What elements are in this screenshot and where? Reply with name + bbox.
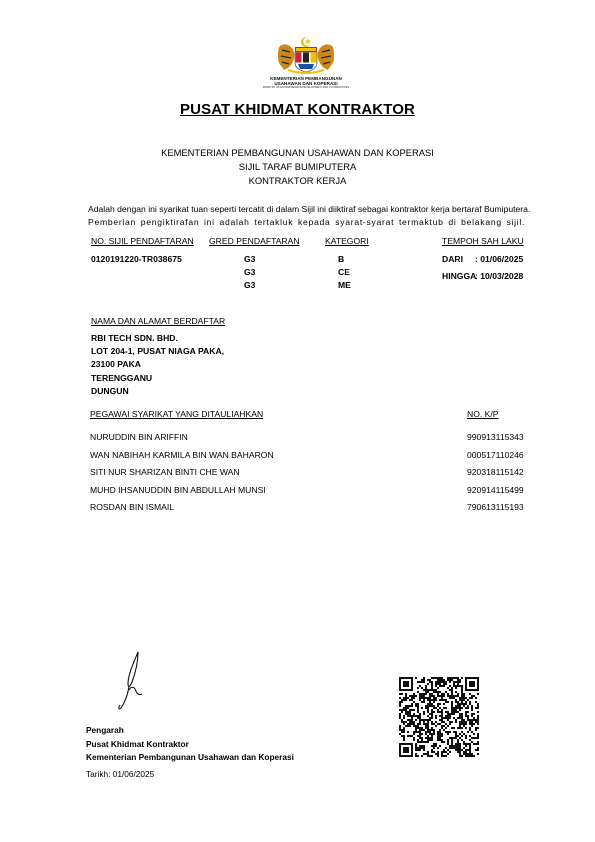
company-address-line: LOT 204-1, PUSAT NIAGA PAKA, bbox=[91, 346, 224, 356]
validity-to-label: HINGGA bbox=[442, 271, 476, 281]
signatory-department: Pusat Khidmat Kontraktor bbox=[86, 738, 294, 752]
officer-ic: 000517110246 bbox=[467, 450, 524, 460]
officers-header: PEGAWAI SYARIKAT YANG DITAULIAHKAN bbox=[90, 409, 263, 419]
category-value: CE bbox=[338, 267, 350, 277]
officer-name: WAN NABIHAH KARMILA BIN WAN BAHARON bbox=[90, 450, 274, 460]
header-gred: GRED PENDAFTARAN bbox=[209, 236, 300, 246]
intro-line-1: Adalah dengan ini syarikat tuan seperti … bbox=[88, 204, 530, 214]
validity-from-date: : 01/06/2025 bbox=[475, 254, 523, 264]
company-name: RBI TECH SDN. BHD. bbox=[91, 333, 178, 343]
header-no-sijil: NO. SIJIL PENDAFTARAN bbox=[91, 236, 194, 246]
certificate-type: SIJIL TARAF BUMIPUTERA bbox=[0, 161, 595, 172]
category-value: B bbox=[338, 254, 344, 264]
qr-code-icon bbox=[399, 677, 481, 757]
officer-ic: 790613115193 bbox=[467, 502, 524, 512]
officer-name: ROSDAN BIN ISMAIL bbox=[90, 502, 174, 512]
validity-from-label: DARI bbox=[442, 254, 463, 264]
signatory-block: Pengarah Pusat Khidmat Kontraktor Kement… bbox=[86, 724, 294, 779]
grade-value: G3 bbox=[244, 267, 255, 277]
category-value: ME bbox=[338, 280, 351, 290]
ministry-name: KEMENTERIAN PEMBANGUNAN USAHAWAN DAN KOP… bbox=[0, 147, 595, 158]
signatory-ministry: Kementerian Pembangunan Usahawan dan Kop… bbox=[86, 751, 294, 765]
officer-ic: 990913115343 bbox=[467, 432, 524, 442]
signatory-title: Pengarah bbox=[86, 724, 294, 738]
grade-value: G3 bbox=[244, 280, 255, 290]
officer-name: NURUDDIN BIN ARIFFIN bbox=[90, 432, 188, 442]
grade-value: G3 bbox=[244, 254, 255, 264]
intro-line-2: Pemberian pengiktirafan ini adalah terta… bbox=[88, 217, 525, 227]
signature-icon bbox=[116, 650, 156, 710]
officer-ic: 920318115142 bbox=[467, 467, 524, 477]
page-title: PUSAT KHIDMAT KONTRAKTOR bbox=[0, 101, 595, 118]
contractor-type: KONTRAKTOR KERJA bbox=[0, 175, 595, 186]
logo-text-line-3: MINISTRY OF ENTREPRENEUR DEVELOPMENT AND… bbox=[258, 86, 354, 89]
company-address-line: TERENGGANU bbox=[91, 373, 152, 383]
issue-date: Tarikh: 01/06/2025 bbox=[86, 769, 294, 779]
certificate-number: 0120191220-TR038675 bbox=[91, 254, 182, 264]
officer-name: SITI NUR SHARIZAN BINTI CHE WAN bbox=[90, 467, 240, 477]
officer-ic: 920914115499 bbox=[467, 485, 524, 495]
coat-of-arms-icon bbox=[258, 36, 354, 76]
header-kategori: KATEGORI bbox=[325, 236, 369, 246]
officer-name: MUHD IHSANUDDIN BIN ABDULLAH MUNSI bbox=[90, 485, 266, 495]
company-address-line: DUNGUN bbox=[91, 386, 129, 396]
validity-to-date: : 10/03/2028 bbox=[475, 271, 523, 281]
company-address-line: 23100 PAKA bbox=[91, 359, 141, 369]
header-tempoh: TEMPOH SAH LAKU bbox=[442, 236, 524, 246]
ministry-logo: KEMENTERIAN PEMBANGUNAN USAHAWAN DAN KOP… bbox=[258, 36, 354, 96]
company-header: NAMA DAN ALAMAT BERDAFTAR bbox=[91, 316, 225, 326]
ic-header: NO. K/P bbox=[467, 409, 499, 419]
